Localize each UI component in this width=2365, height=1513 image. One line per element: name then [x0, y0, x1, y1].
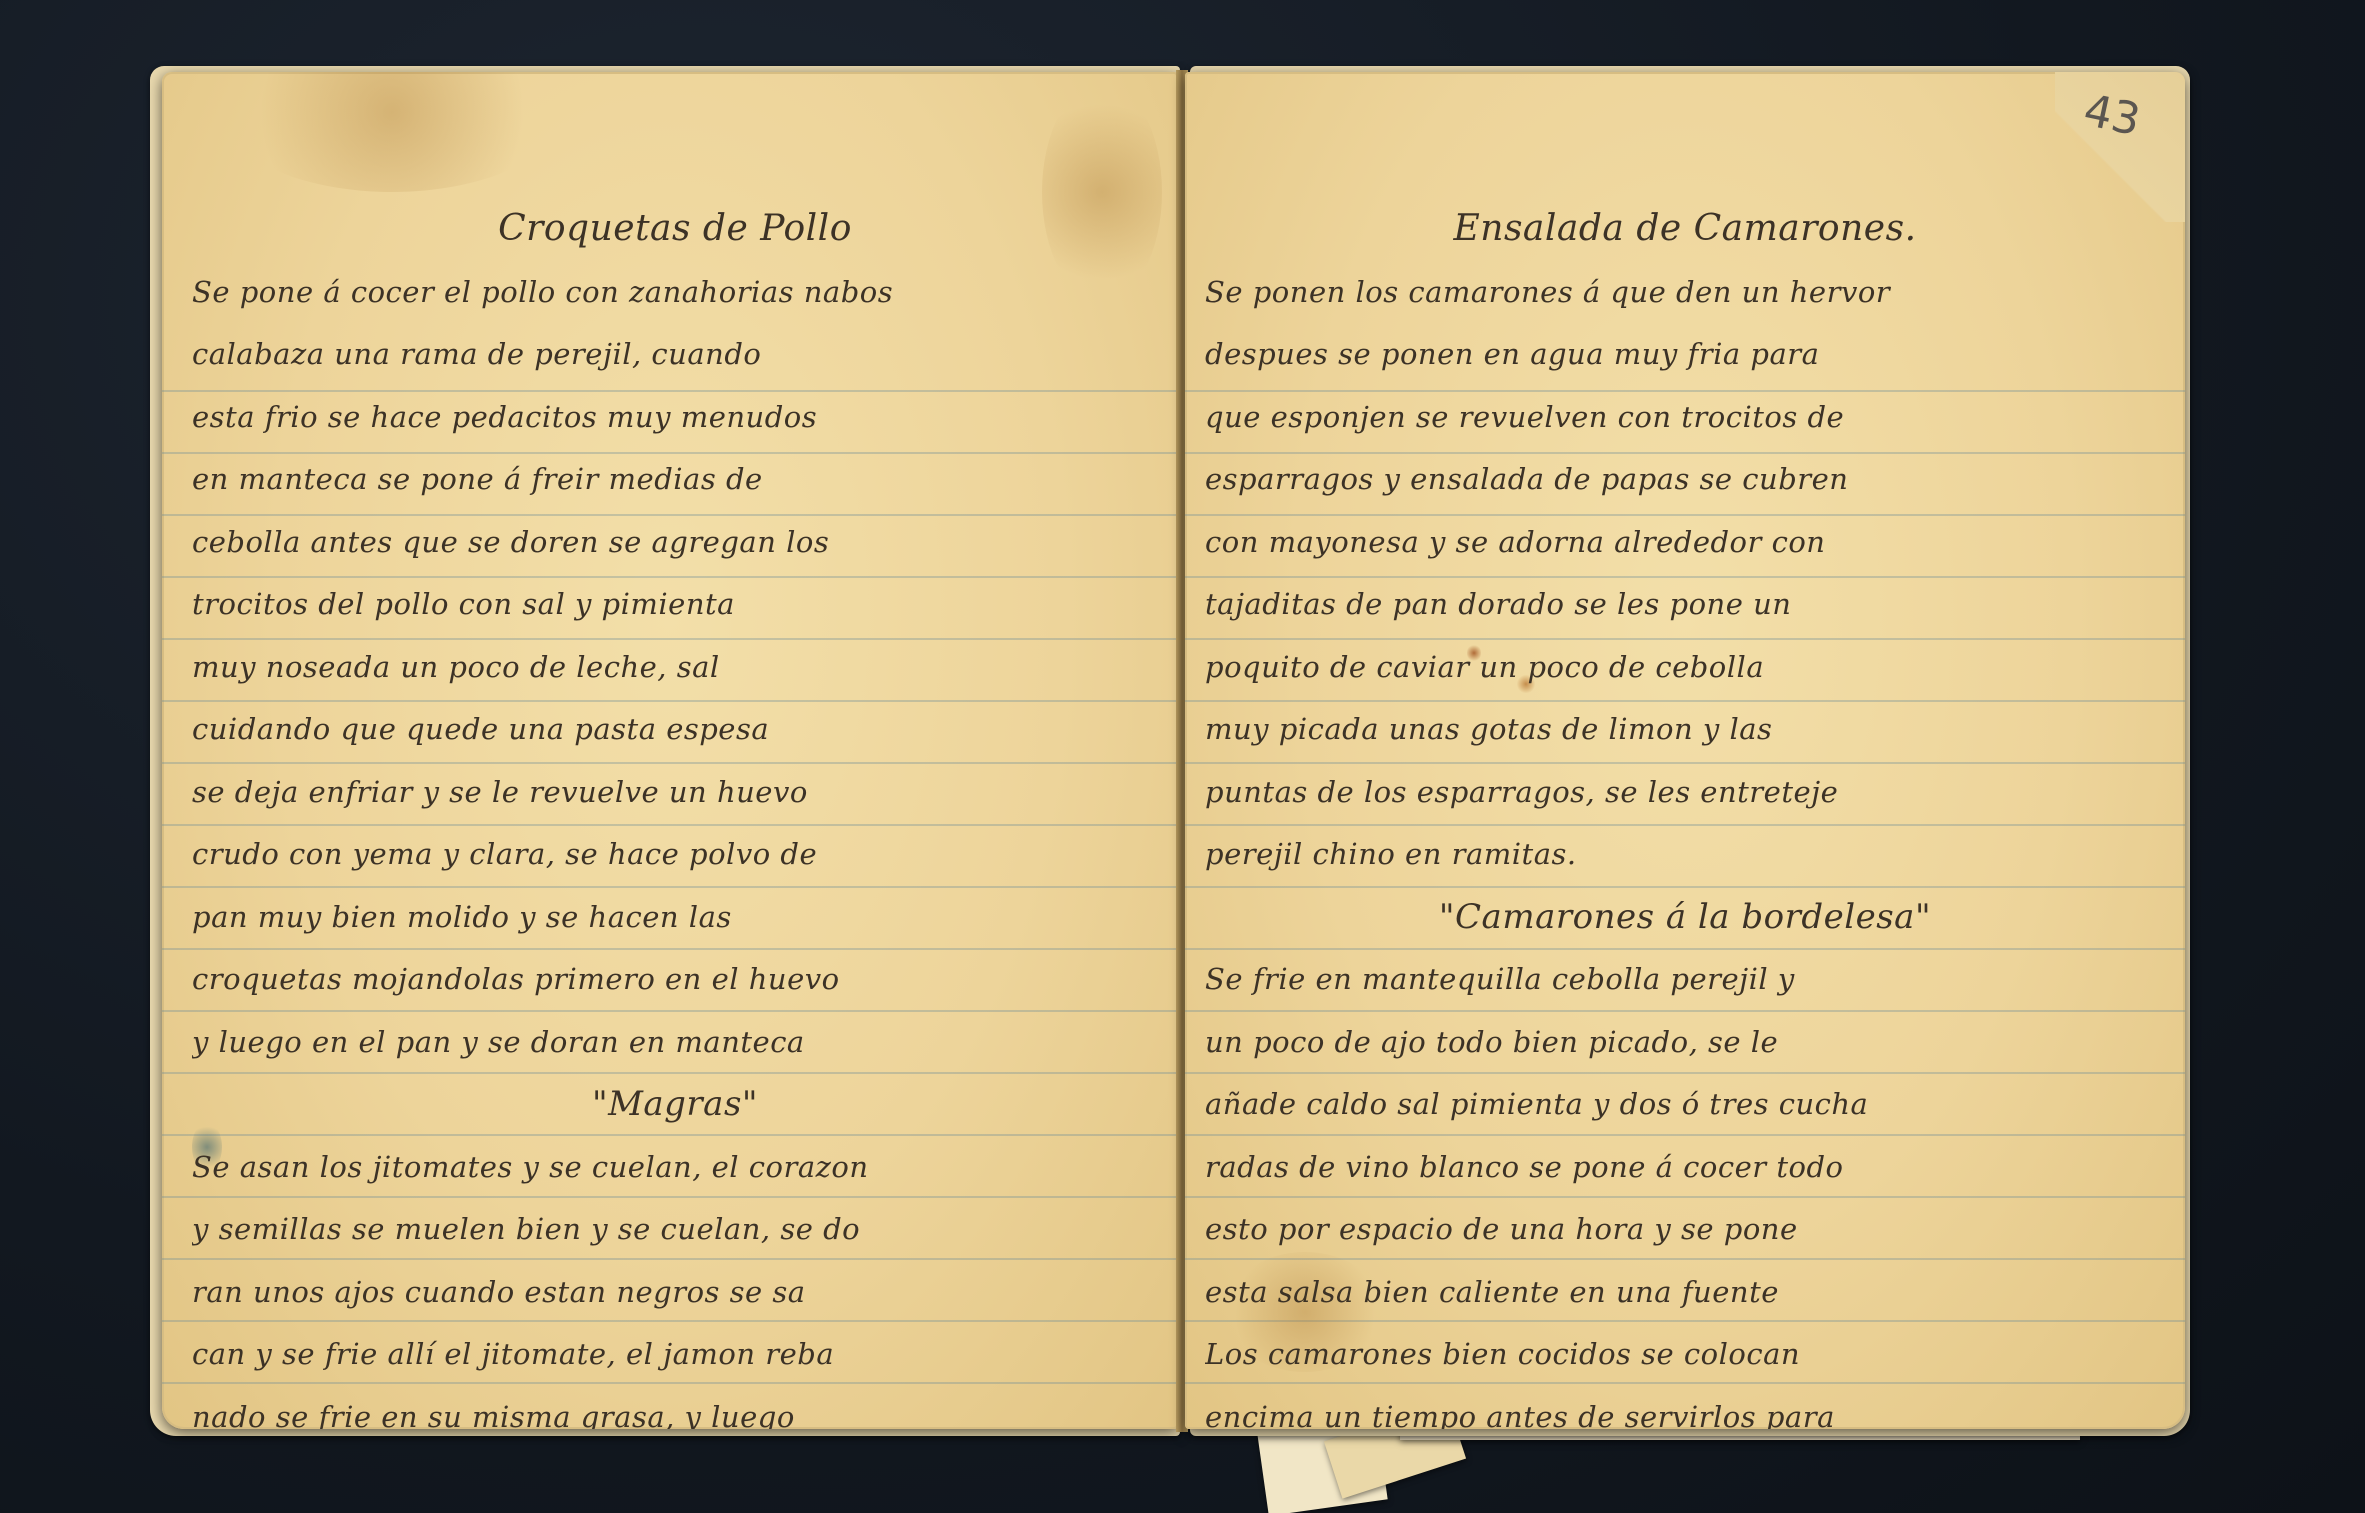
- recipe-line: y semillas se muelen bien y se cuelan, s…: [192, 1198, 1158, 1261]
- recipe-line: Los camarones bien cocidos se colocan: [1205, 1323, 2165, 1386]
- recipe-line: pan muy bien molido y se hacen las: [192, 886, 1158, 949]
- recipe-line: crudo con yema y clara, se hace polvo de: [192, 823, 1158, 886]
- left-page-text: Croquetas de Pollo Se pone á cocer el po…: [192, 198, 1158, 1429]
- right-page-text: Ensalada de Camarones. Se ponen los cama…: [1205, 198, 2165, 1429]
- recipe-line: que esponjen se revuelven con trocitos d…: [1205, 386, 2165, 449]
- recipe-line: can y se frie allí el jitomate, el jamon…: [192, 1323, 1158, 1386]
- recipe-line: cebolla antes que se doren se agregan lo…: [192, 511, 1158, 574]
- recipe-line: en manteca se pone á freir medias de: [192, 448, 1158, 511]
- recipe-line: poquito de caviar un poco de cebolla: [1205, 636, 2165, 699]
- right-page: 43 Ensalada de Camarones. Se ponen los c…: [1185, 72, 2185, 1429]
- recipe-line: esparragos y ensalada de papas se cubren: [1205, 448, 2165, 511]
- recipe-line: calabaza una rama de perejil, cuando: [192, 323, 1158, 386]
- recipe-line: perejil chino en ramitas.: [1205, 823, 2165, 886]
- recipe-line: encima un tiempo antes de servirlos para: [1205, 1386, 2165, 1430]
- recipe-title: Ensalada de Camarones.: [1205, 198, 2165, 261]
- recipe-line: Se pone á cocer el pollo con zanahorias …: [192, 261, 1158, 324]
- recipe-line: muy noseada un poco de leche, sal: [192, 636, 1158, 699]
- recipe-line: y luego en el pan y se doran en manteca: [192, 1011, 1158, 1074]
- recipe-line: tajaditas de pan dorado se les pone un: [1205, 573, 2165, 636]
- recipe-line: Se asan los jitomates y se cuelan, el co…: [192, 1136, 1158, 1199]
- recipe-line: esto por espacio de una hora y se pone: [1205, 1198, 2165, 1261]
- recipe-line: croquetas mojandolas primero en el huevo: [192, 948, 1158, 1011]
- recipe-line: Se ponen los camarones á que den un herv…: [1205, 261, 2165, 324]
- recipe-line: nado se frie en su misma grasa, y luego: [192, 1386, 1158, 1430]
- recipe-line: despues se ponen en agua muy fria para: [1205, 323, 2165, 386]
- recipe-line: ran unos ajos cuando estan negros se sa: [192, 1261, 1158, 1324]
- left-page: Croquetas de Pollo Se pone á cocer el po…: [162, 72, 1178, 1429]
- recipe-line: puntas de los esparragos, se les entrete…: [1205, 761, 2165, 824]
- recipe-line: muy picada unas gotas de limon y las: [1205, 698, 2165, 761]
- recipe-title: Croquetas de Pollo: [192, 198, 1158, 261]
- recipe-line: se deja enfriar y se le revuelve un huev…: [192, 761, 1158, 824]
- recipe-line: esta salsa bien caliente en una fuente: [1205, 1261, 2165, 1324]
- recipe-line: radas de vino blanco se pone á cocer tod…: [1205, 1136, 2165, 1199]
- recipe-line: cuidando que quede una pasta espesa: [192, 698, 1158, 761]
- recipe-title: "Camarones á la bordelesa": [1205, 886, 2165, 949]
- recipe-line: esta frio se hace pedacitos muy menudos: [192, 386, 1158, 449]
- recipe-line: con mayonesa y se adorna alrededor con: [1205, 511, 2165, 574]
- recipe-line: Se frie en mantequilla cebolla perejil y: [1205, 948, 2165, 1011]
- recipe-title: "Magras": [192, 1073, 1158, 1136]
- recipe-line: trocitos del pollo con sal y pimienta: [192, 573, 1158, 636]
- recipe-line: añade caldo sal pimienta y dos ó tres cu…: [1205, 1073, 2165, 1136]
- recipe-line: un poco de ajo todo bien picado, se le: [1205, 1011, 2165, 1074]
- water-stain: [222, 72, 562, 192]
